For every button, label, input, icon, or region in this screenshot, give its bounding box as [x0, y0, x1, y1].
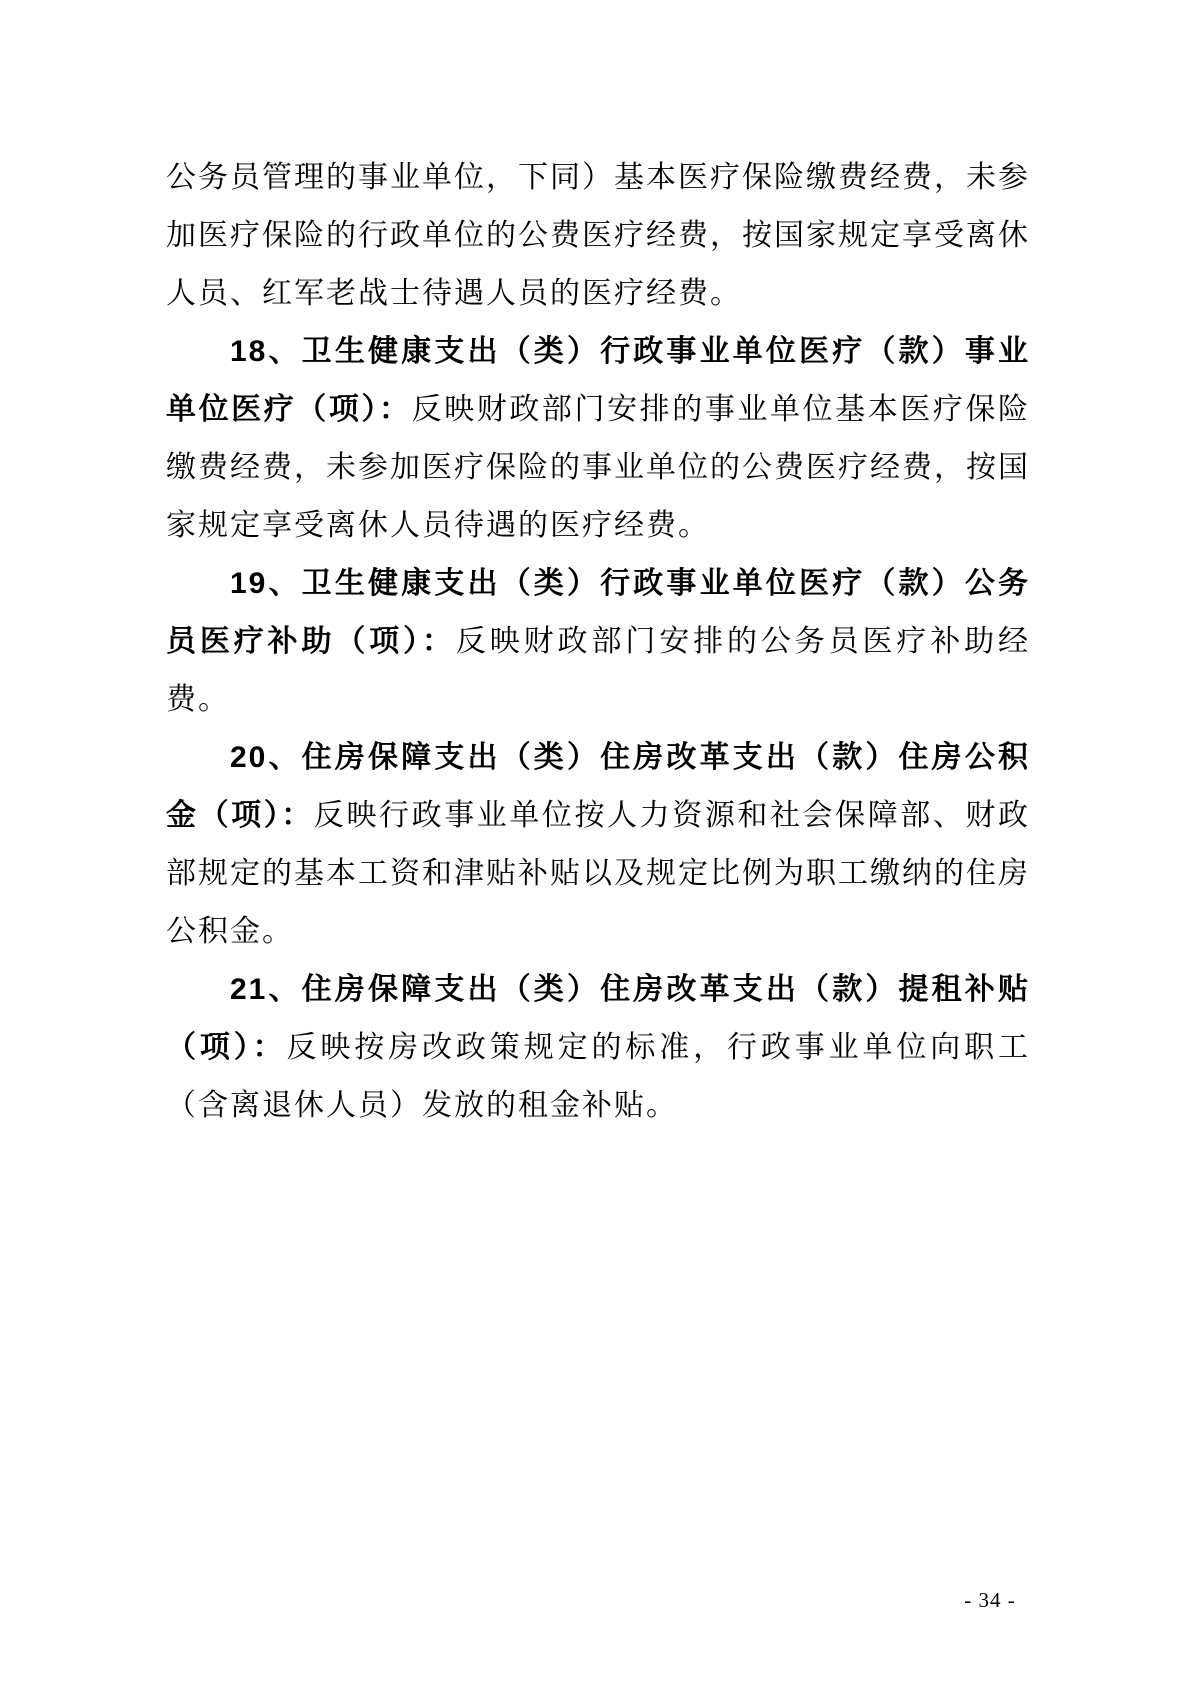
page-number: - 34 -	[890, 1588, 1090, 1613]
paragraph-item-21: 21、住房保障支出（类）住房改革支出（款）提租补贴（项）：反映按房改政策规定的标…	[166, 961, 1030, 1135]
text-body: 公务员管理的事业单位，下同）基本医疗保险缴费经费，未参加医疗保险的行政单位的公费…	[166, 149, 1030, 1135]
document-page: 公务员管理的事业单位，下同）基本医疗保险缴费经费，未参加医疗保险的行政单位的公费…	[0, 0, 1190, 1683]
paragraph-continuation: 公务员管理的事业单位，下同）基本医疗保险缴费经费，未参加医疗保险的行政单位的公费…	[166, 149, 1030, 323]
body-text-run: 公务员管理的事业单位，下同）基本医疗保险缴费经费，未参加医疗保险的行政单位的公费…	[166, 161, 1030, 310]
paragraph-item-20: 20、住房保障支出（类）住房改革支出（款）住房公积金（项）：反映行政事业单位按人…	[166, 729, 1030, 961]
paragraph-item-19: 19、卫生健康支出（类）行政事业单位医疗（款）公务员医疗补助（项）：反映财政部门…	[166, 555, 1030, 729]
body-text-run: 反映按房改政策规定的标准，行政事业单位向职工（含离退休人员）发放的租金补贴。	[166, 1031, 1030, 1122]
paragraph-item-18: 18、卫生健康支出（类）行政事业单位医疗（款）事业单位医疗（项）：反映财政部门安…	[166, 323, 1030, 555]
